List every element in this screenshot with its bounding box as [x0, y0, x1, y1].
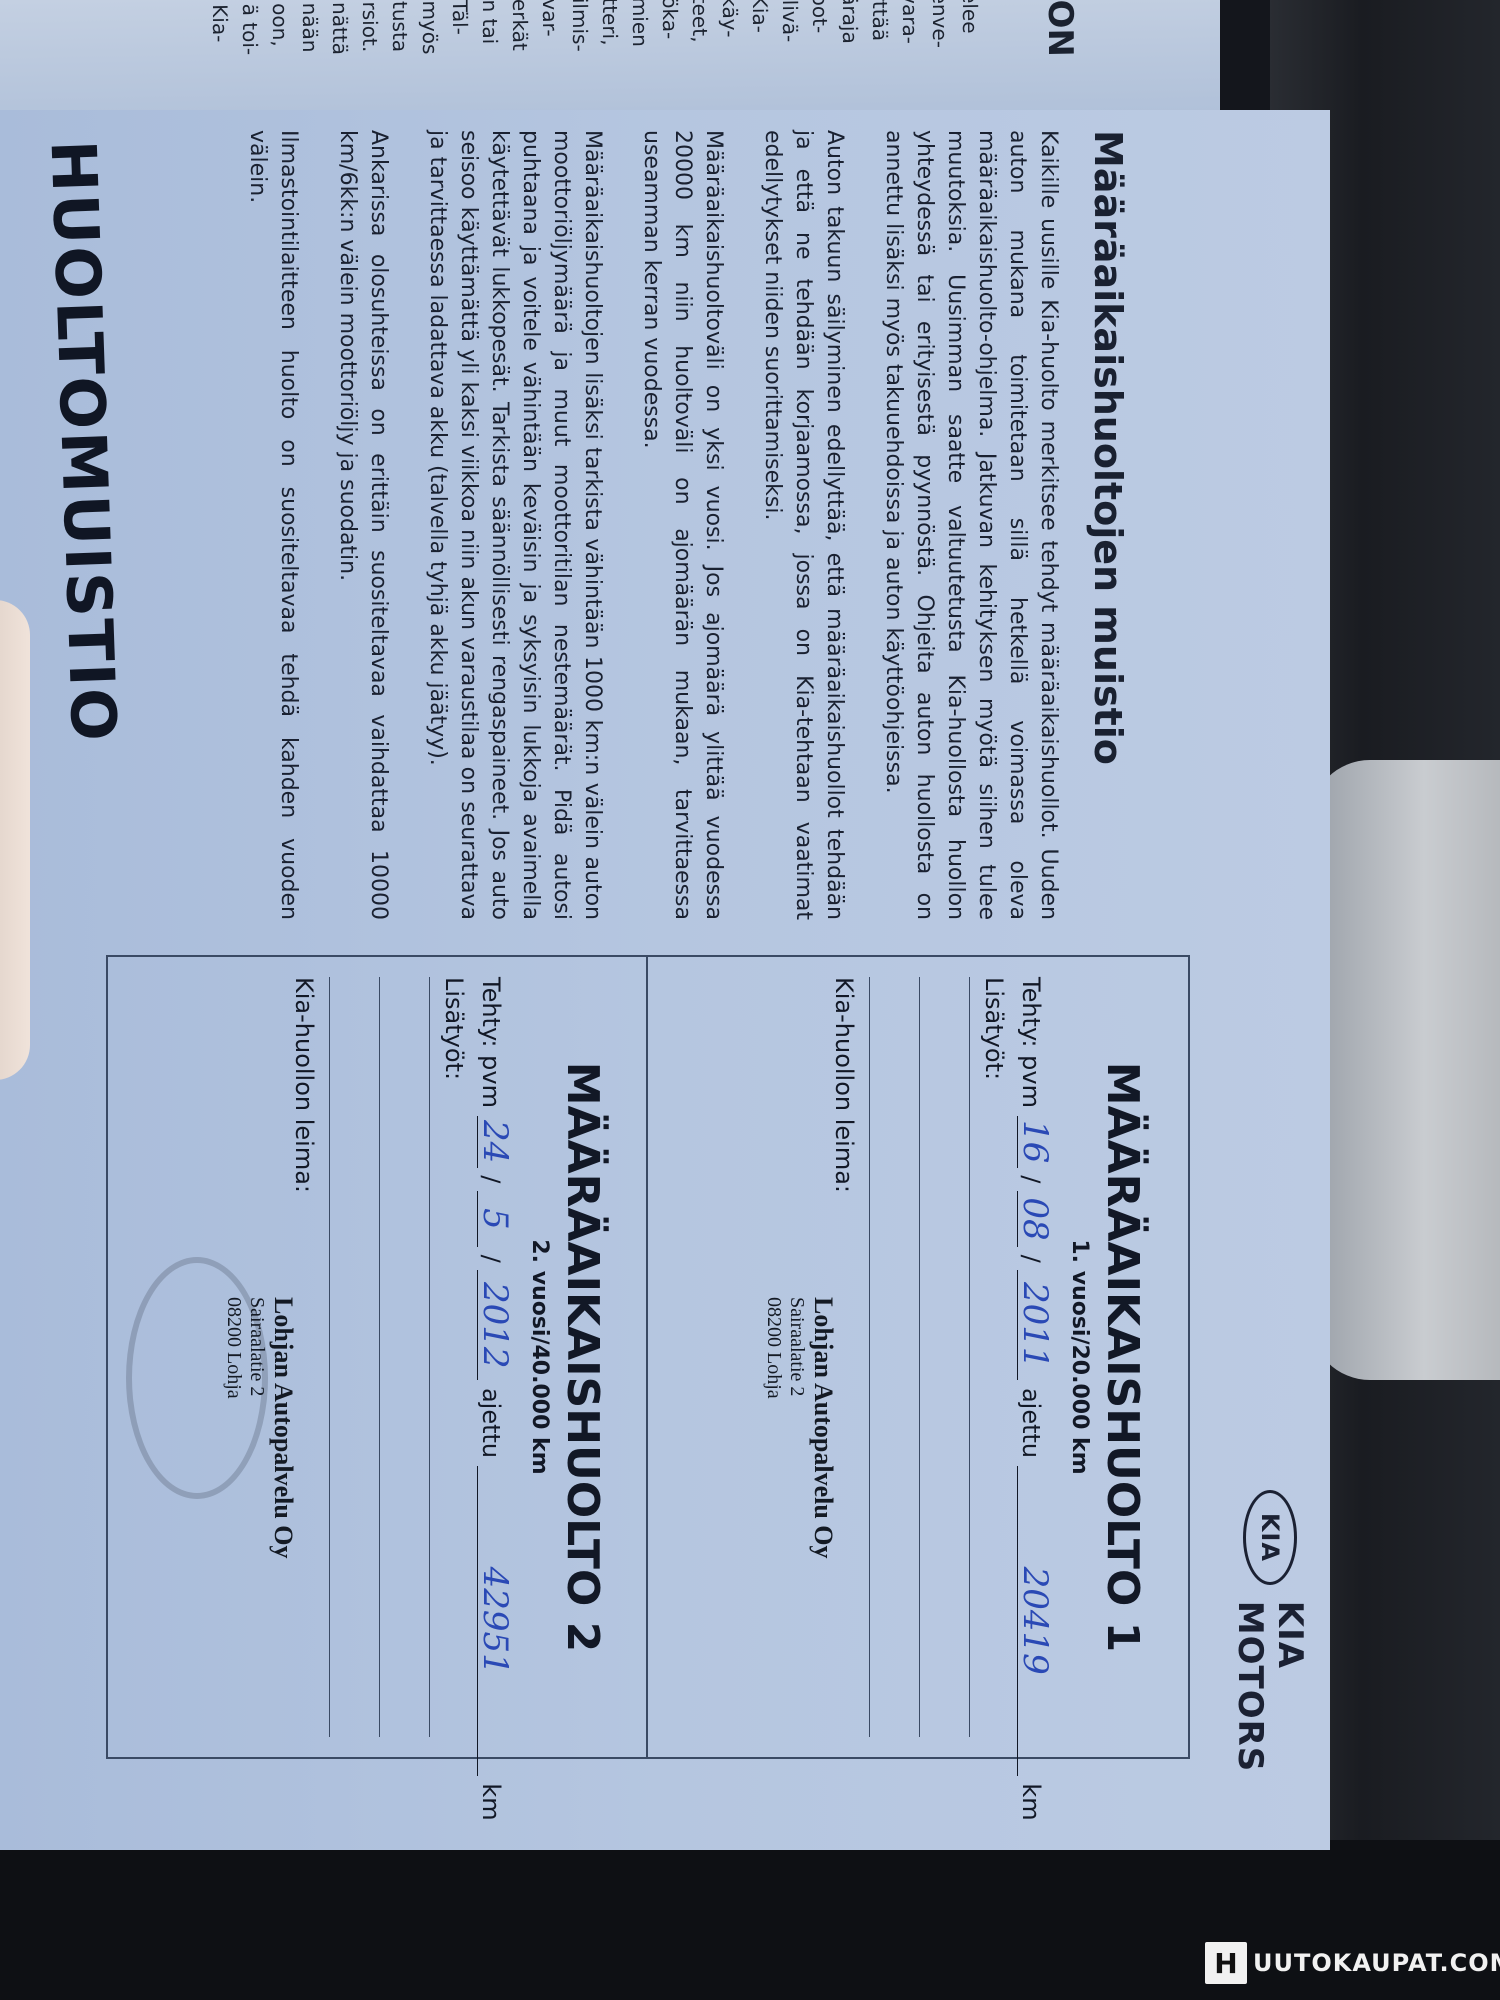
- previous-page-fragment: n tai: [480, 0, 500, 44]
- record-interval: 1. vuosi/20.000 km: [1067, 957, 1092, 1757]
- watermark: H UUTOKAUPAT.COM: [1205, 1942, 1500, 1984]
- service-record-1: MÄÄRÄAIKAISHUOLTO 1 1. vuosi/20.000 km T…: [646, 957, 1188, 1757]
- info-paragraph: Kaikille uusille Kia-huolto merkitsee te…: [878, 130, 1064, 920]
- previous-page-fragment: Täl-: [450, 0, 470, 35]
- unit-label: km: [1017, 1783, 1045, 1820]
- extra-work-label: Lisätyöt:: [440, 977, 468, 1080]
- workshop-stamp: Lohjan Autopalvelu Oy Sairaalatie 2 0820…: [762, 1297, 838, 1559]
- previous-page-fragment: elee: [960, 0, 980, 34]
- extra-work-line[interactable]: [919, 977, 920, 1737]
- watermark-text: UUTOKAUPAT.COM: [1253, 1949, 1500, 1977]
- stamp-name: Lohjan Autopalvelu Oy: [808, 1297, 838, 1559]
- extra-work-line[interactable]: [329, 977, 330, 1737]
- workshop-stamp: Lohjan Autopalvelu Oy Sairaalatie 2 0820…: [222, 1297, 298, 1559]
- info-paragraph: Auton takuun säilyminen edellyttää, että…: [757, 130, 850, 920]
- info-column: Määräaikaishuoltojen muistio Kaikille uu…: [214, 130, 1130, 920]
- previous-page-fragment: tteri,: [600, 0, 620, 46]
- service-booklet-page: KIA KIA MOTORS Määräaikaishuoltojen muis…: [0, 110, 1330, 1850]
- previous-page-fragment: erkät: [510, 0, 530, 51]
- info-paragraph: Ilmastointilaitteen huolto on suositelta…: [242, 130, 304, 920]
- previous-page-fragment: käy-: [720, 0, 740, 38]
- stamp-street: Sairaalatie 2: [785, 1297, 808, 1559]
- previous-page-fragment: oot-: [810, 0, 830, 33]
- date-year-field[interactable]: 2012: [477, 1270, 512, 1380]
- previous-page-fragment: rsiot.: [360, 1, 380, 52]
- previous-page-heading: ON: [1040, 0, 1080, 57]
- driven-label: ajettu: [1017, 1388, 1045, 1458]
- previous-page-fragment: öka-: [660, 0, 680, 39]
- done-label: Tehty: pvm: [1017, 977, 1045, 1108]
- stamp-city: 08200 Lohja: [222, 1297, 245, 1559]
- previous-page-fragment: ilivä-: [780, 0, 800, 42]
- box-logo-icon: H: [1205, 1942, 1247, 1984]
- previous-page-fragment: tusta: [390, 1, 410, 52]
- service-record-form: MÄÄRÄAIKAISHUOLTO 1 1. vuosi/20.000 km T…: [106, 955, 1190, 1759]
- kia-brand: KIA KIA MOTORS: [1230, 1490, 1310, 1850]
- record-title: MÄÄRÄAIKAISHUOLTO 2: [557, 957, 608, 1757]
- stamp-label: Kia-huollon leima:: [290, 977, 318, 1193]
- brand-name: KIA MOTORS: [1230, 1601, 1310, 1850]
- unit-label: km: [477, 1783, 505, 1820]
- info-paragraph: Määräaikaishuoltojen lisäksi tarkista vä…: [422, 130, 608, 920]
- info-paragraph: Ankarissa olosuhteissa on erittäin suosi…: [332, 130, 394, 920]
- previous-page-fragment: mien: [630, 0, 650, 47]
- previous-page-fragment: teet,: [690, 0, 710, 43]
- previous-page-fragment: myös: [420, 0, 440, 54]
- previous-page-fragment: äraja: [840, 0, 860, 44]
- date-month-field[interactable]: 5: [477, 1191, 512, 1247]
- stamp-street: Sairaalatie 2: [245, 1297, 268, 1559]
- date-day-field[interactable]: 24: [477, 1116, 512, 1168]
- extra-work-line[interactable]: [869, 977, 870, 1737]
- previous-page-fragment: ä toi-: [240, 3, 260, 55]
- done-row: Tehty: pvm 16 / 08 / 2011 ajettu 20419 k…: [1017, 977, 1052, 1821]
- previous-page-fragment: enve-: [930, 0, 950, 48]
- extra-work-line[interactable]: [429, 977, 430, 1737]
- done-row: Tehty: pvm 24 / 5 / 2012 ajettu 42951 km: [477, 977, 512, 1821]
- stamp-city: 08200 Lohja: [762, 1297, 785, 1559]
- previous-page-fragment: rttää: [870, 0, 890, 41]
- previous-page-fragment: oon,: [270, 3, 290, 47]
- date-year-field[interactable]: 2011: [1017, 1270, 1052, 1380]
- stamp-label: Kia-huollon leima:: [830, 977, 858, 1193]
- extra-work-line[interactable]: [969, 977, 970, 1737]
- previous-page-fragment: vara-: [900, 0, 920, 44]
- page-title: HUOLTOMUISTIO: [36, 139, 130, 744]
- record-title: MÄÄRÄAIKAISHUOLTO 1: [1097, 957, 1148, 1757]
- odometer-field[interactable]: 20419: [1017, 1466, 1052, 1776]
- date-day-field[interactable]: 16: [1017, 1116, 1052, 1168]
- previous-page-fragment: nättä: [330, 2, 350, 55]
- extra-work-label: Lisätyöt:: [980, 977, 1008, 1080]
- car-seat-panel: [1310, 760, 1500, 1380]
- date-month-field[interactable]: 08: [1017, 1191, 1052, 1247]
- record-interval: 2. vuosi/40.000 km: [527, 957, 552, 1757]
- driven-label: ajettu: [477, 1388, 505, 1458]
- previous-page-fragment: ilmis-: [570, 0, 590, 52]
- previous-page-fragment: nään: [300, 2, 320, 52]
- done-label: Tehty: pvm: [477, 977, 505, 1108]
- previous-page-fragment: Kia-: [750, 0, 770, 33]
- info-paragraph: Määräaikaishuoltoväli on yksi vuosi. Jos…: [636, 130, 729, 920]
- extra-work-line[interactable]: [379, 977, 380, 1737]
- stamp-name: Lohjan Autopalvelu Oy: [268, 1297, 298, 1559]
- info-title: Määräaikaishuoltojen muistio: [1086, 130, 1130, 920]
- previous-page-fragment: Kia-: [210, 4, 230, 43]
- previous-page-fragment: var-: [540, 0, 560, 37]
- kia-logo-icon: KIA: [1243, 1490, 1297, 1585]
- service-record-2: MÄÄRÄAIKAISHUOLTO 2 2. vuosi/40.000 km T…: [108, 957, 648, 1757]
- finger-holding-page: [0, 600, 30, 1080]
- odometer-field[interactable]: 42951: [477, 1466, 512, 1776]
